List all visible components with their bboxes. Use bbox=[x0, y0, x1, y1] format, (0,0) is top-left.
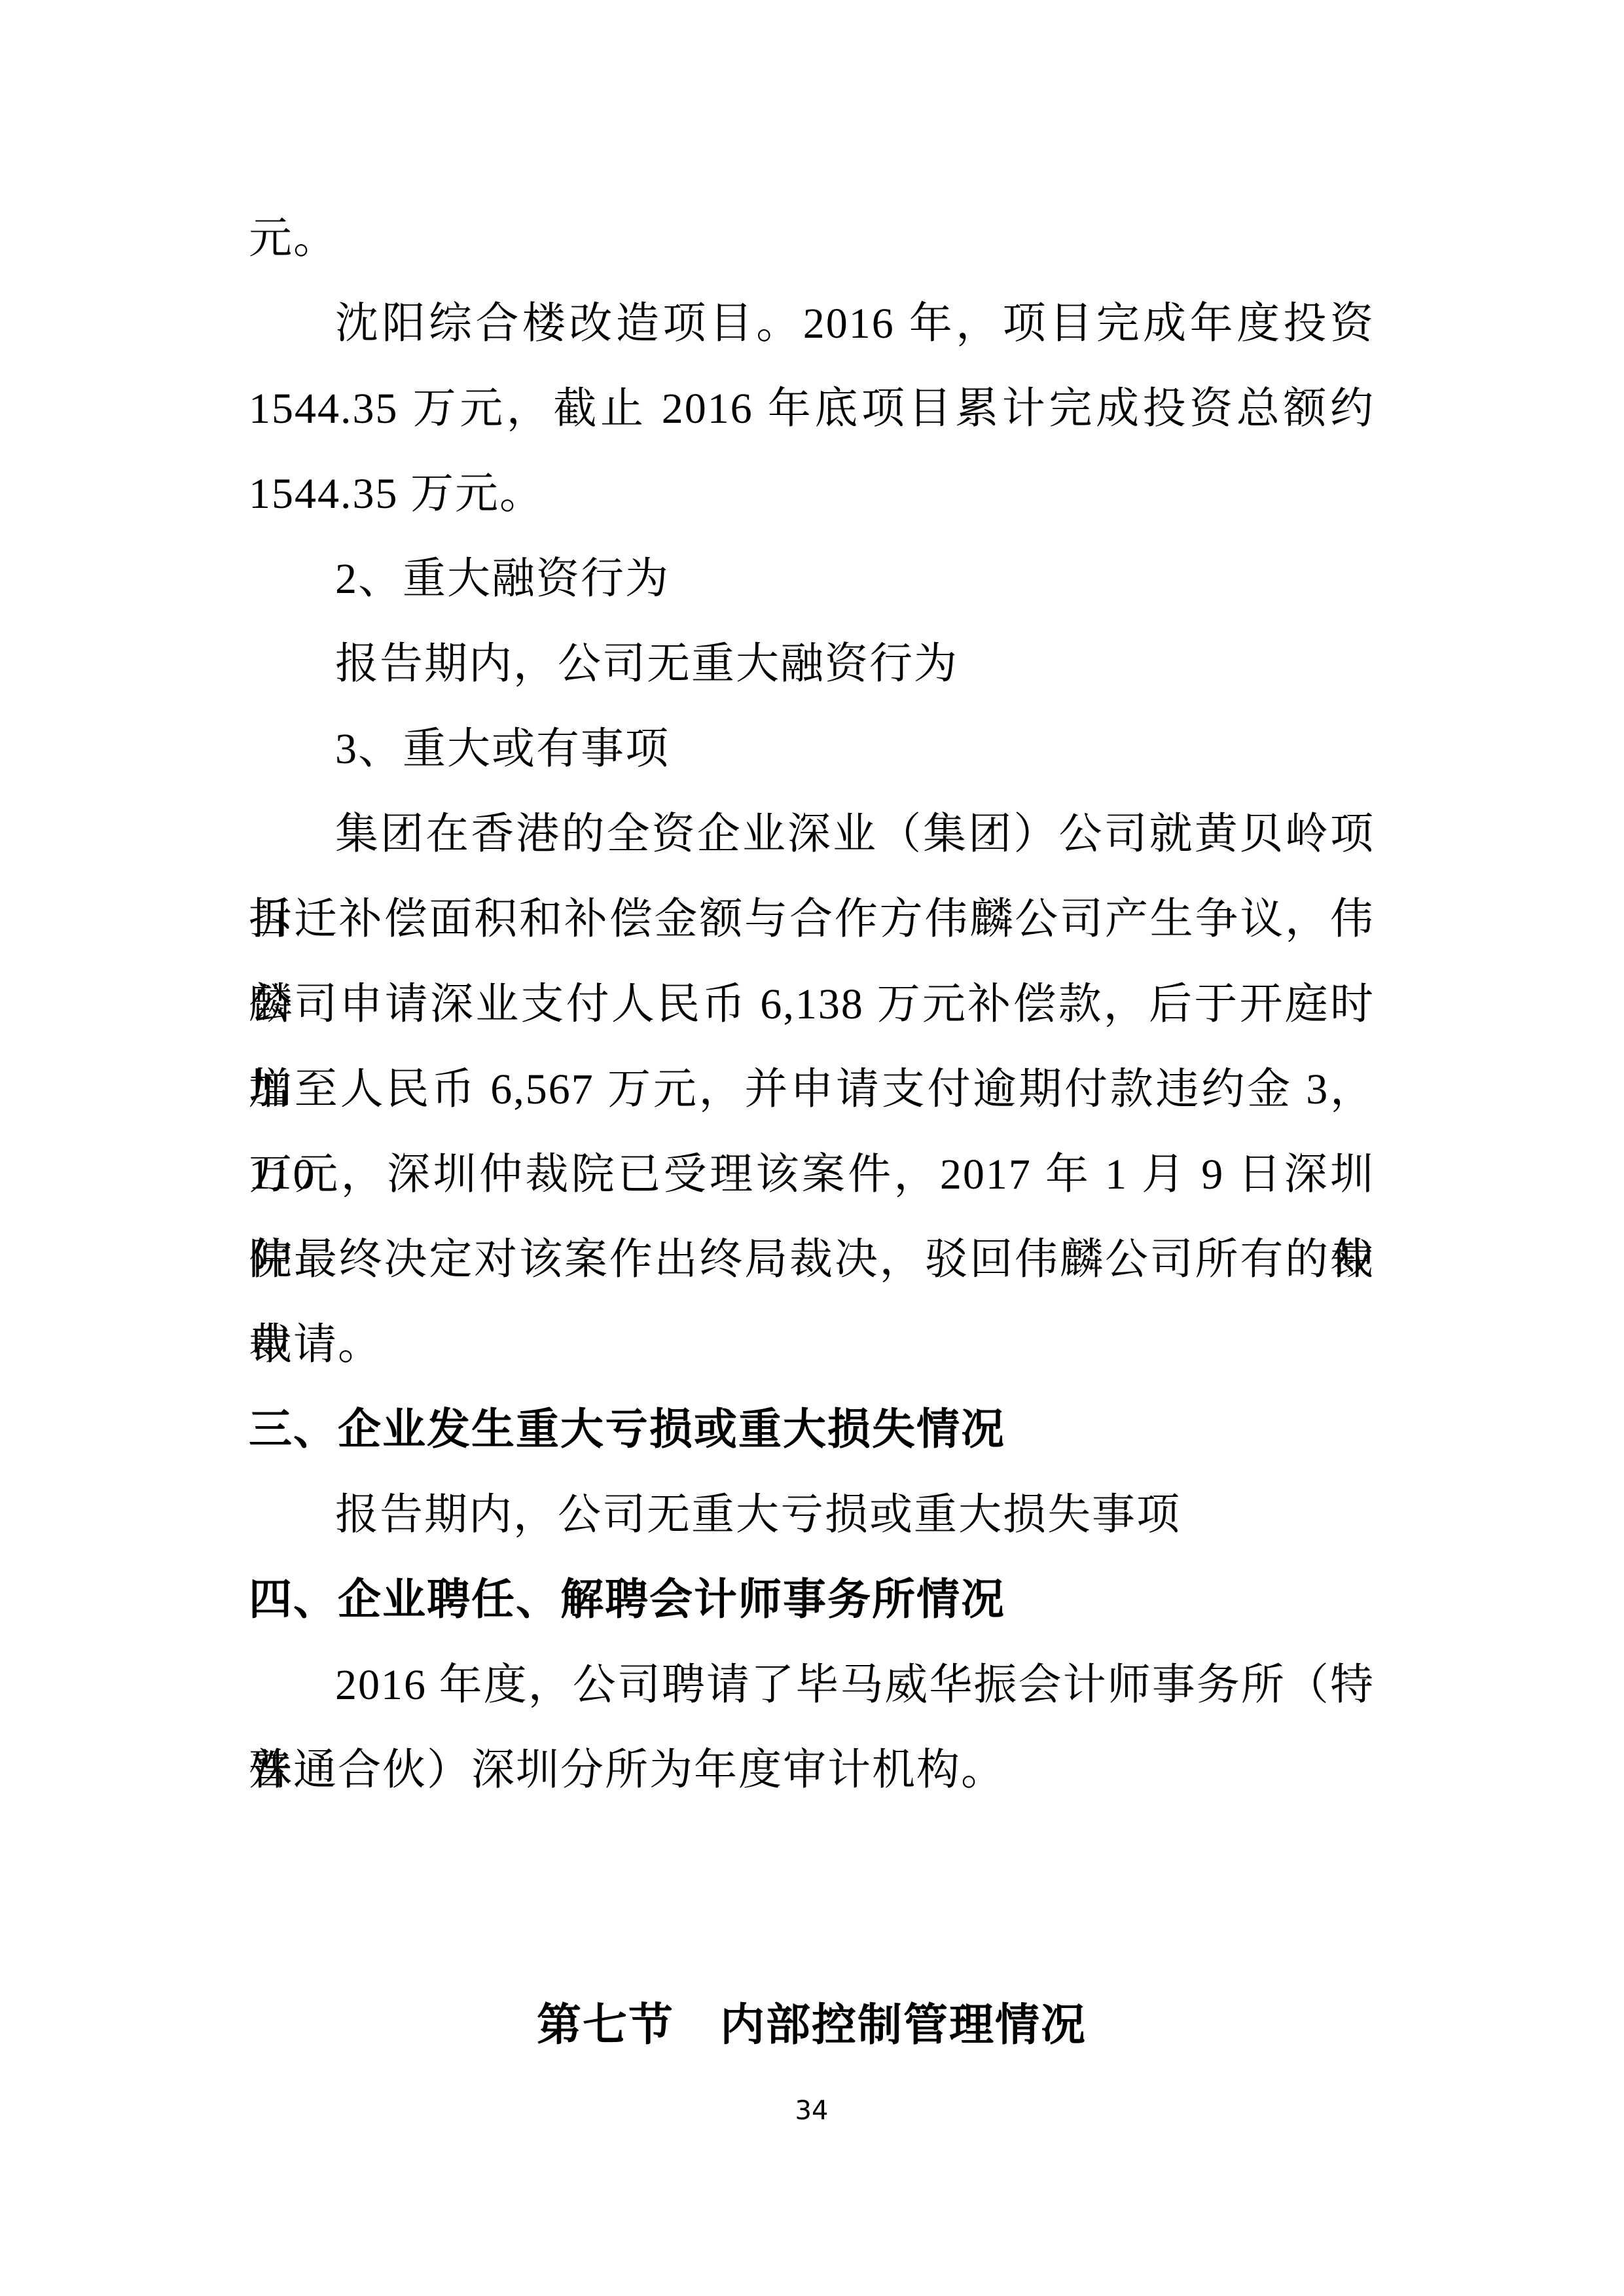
para-line-dispute-7: 申请。 bbox=[249, 1302, 1375, 1388]
para-line-no-loss: 报告期内，公司无重大亏损或重大损失事项 bbox=[249, 1473, 1375, 1558]
para-line-dispute-5: 万元，深圳仲裁院已受理该案件，2017 年 1 月 9 日深圳仲裁 bbox=[249, 1132, 1375, 1217]
page-number: 34 bbox=[249, 2068, 1375, 2153]
subheading-major-financing: 2、重大融资行为 bbox=[249, 537, 1375, 622]
document-page: 元。 沈阳综合楼改造项目。2016 年，项目完成年度投资 1544.35 万元，… bbox=[0, 0, 1624, 2296]
page-body: 元。 沈阳综合楼改造项目。2016 年，项目完成年度投资 1544.35 万元，… bbox=[249, 196, 1375, 2153]
para-line-dispute-1: 集团在香港的全资企业深业（集团）公司就黄贝岭项目 bbox=[249, 792, 1375, 877]
heading-major-loss: 三、企业发生重大亏损或重大损失情况 bbox=[249, 1388, 1375, 1473]
chapter-title: 第七节 内部控制管理情况 bbox=[249, 1983, 1375, 2068]
para-line-yuan: 元。 bbox=[249, 196, 1375, 281]
blank-gap bbox=[249, 1813, 1375, 1983]
para-line-dispute-3: 公司申请深业支付人民币 6,138 万元补偿款，后于开庭时增 bbox=[249, 962, 1375, 1047]
para-line-no-financing: 报告期内，公司无重大融资行为 bbox=[249, 622, 1375, 707]
para-line-investment-2: 1544.35 万元。 bbox=[249, 452, 1375, 537]
para-line-dispute-2: 拆迁补偿面积和补偿金额与合作方伟麟公司产生争议，伟麟 bbox=[249, 877, 1375, 962]
para-line-auditor-2: 普通合伙）深圳分所为年度审计机构。 bbox=[249, 1728, 1375, 1813]
para-line-auditor-1: 2016 年度，公司聘请了毕马威华振会计师事务所（特殊 bbox=[249, 1643, 1375, 1728]
para-line-shenyang-project: 沈阳综合楼改造项目。2016 年，项目完成年度投资 bbox=[249, 281, 1375, 367]
para-line-dispute-4: 加至人民币 6,567 万元，并申请支付逾期付款违约金 3，110 bbox=[249, 1047, 1375, 1132]
heading-accounting-firm: 四、企业聘任、解聘会计师事务所情况 bbox=[249, 1558, 1375, 1643]
para-line-investment-1: 1544.35 万元，截止 2016 年底项目累计完成投资总额约 bbox=[249, 367, 1375, 452]
para-line-dispute-6: 院最终决定对该案作出终局裁决，驳回伟麟公司所有的仲裁 bbox=[249, 1217, 1375, 1302]
subheading-contingencies: 3、重大或有事项 bbox=[249, 707, 1375, 792]
